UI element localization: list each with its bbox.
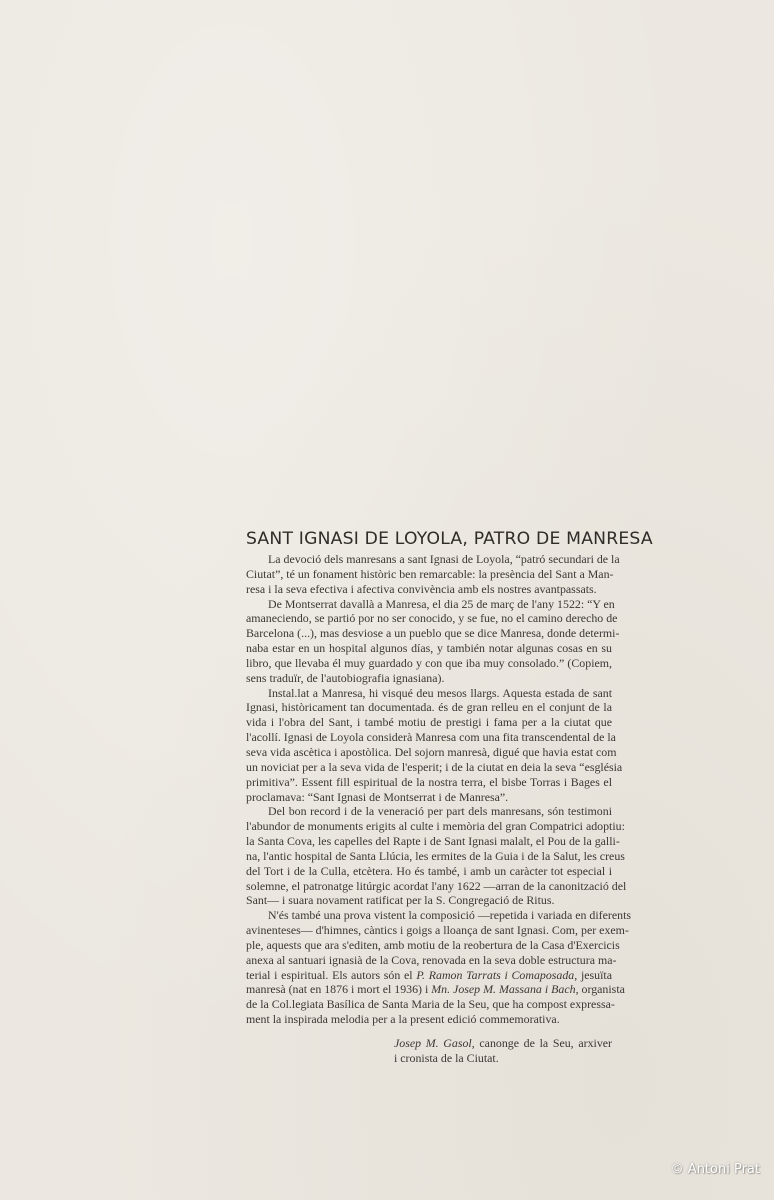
text-line: manresà (nat en 1876 i mort el 1936) i M… — [246, 982, 612, 997]
text-line: La devoció dels manresans a sant Ignasi … — [246, 552, 612, 567]
signature-author: Josep M. Gasol — [394, 1036, 472, 1050]
text-line: avinenteses— d'himnes, càntics i goigs a… — [246, 923, 612, 938]
paragraph: N'és també una prova vistent la composic… — [246, 908, 612, 1027]
paragraph: La devoció dels manresans a sant Ignasi … — [246, 552, 612, 597]
text-line: proclamava: “Sant Ignasi de Montserrat i… — [246, 790, 612, 805]
text-line: libro, que llevaba él muy guardado y con… — [246, 656, 612, 671]
signature-line-1: Josep M. Gasol, canonge de la Seu, arxiv… — [394, 1036, 612, 1051]
text-line: N'és també una prova vistent la composic… — [246, 908, 612, 923]
text-line: amaneciendo, se partió por no ser conoci… — [246, 611, 612, 626]
text-line: na, l'antic hospital de Santa Llúcia, le… — [246, 849, 612, 864]
signature-line-2: i cronista de la Ciutat. — [394, 1051, 612, 1066]
italic-name: P. Ramon Tarrats i Comaposada — [416, 968, 574, 982]
article-body: La devoció dels manresans a sant Ignasi … — [246, 552, 612, 1027]
copyright-watermark: © Antoni Prat — [671, 1162, 760, 1177]
text-line: anexa al santuari ignasià de la Cova, re… — [246, 953, 612, 968]
text-line: naba estar en un hospital algunos días, … — [246, 641, 612, 656]
text-line: ment la inspirada melodia per a la prese… — [246, 1012, 612, 1027]
text-line: la Santa Cova, les capelles del Rapte i … — [246, 834, 612, 849]
text-line: resa i la seva efectiva i afectiva convi… — [246, 582, 612, 597]
text-line: Ciutat”, té un fonament històric ben rem… — [246, 567, 612, 582]
text-line: De Montserrat davallà a Manresa, el dia … — [246, 597, 612, 612]
article: SANT IGNASI DE LOYOLA, PATRO DE MANRESA … — [246, 528, 612, 1066]
italic-name: Mn. Josep M. Massana i Bach — [431, 982, 575, 996]
text-line: Del bon record i de la veneració per par… — [246, 804, 612, 819]
text-line: sens traduïr, de l'autobiografia ignasia… — [246, 671, 612, 686]
paragraph: Del bon record i de la veneració per par… — [246, 804, 612, 908]
text-line: del Tort i de la Culla, etcètera. Ho és … — [246, 864, 612, 879]
text-line: Ignasi, històricament tan documentada. é… — [246, 700, 612, 715]
text-line: un noviciat per a la seva vida de l'espe… — [246, 760, 612, 775]
paragraph: Instal.lat a Manresa, hi visqué deu meso… — [246, 686, 612, 805]
text-line: terial i espiritual. Els autors són el P… — [246, 968, 612, 983]
text-line: ple, aquests que ara s'editen, amb motiu… — [246, 938, 612, 953]
text-line: primitiva”. Essent fill espiritual de la… — [246, 775, 612, 790]
text-line: Instal.lat a Manresa, hi visqué deu meso… — [246, 686, 612, 701]
text-line: solemne, el patronatge litúrgic acordat … — [246, 879, 612, 894]
text-line: Barcelona (...), mas desviose a un puebl… — [246, 626, 612, 641]
text-line: Sant— i suara novament ratificat per la … — [246, 893, 612, 908]
text-line: l'acollí. Ignasi de Loyola considerà Man… — [246, 730, 612, 745]
article-title: SANT IGNASI DE LOYOLA, PATRO DE MANRESA — [246, 528, 612, 550]
text-line: vida i l'obra del Sant, i també motiu de… — [246, 715, 612, 730]
text-line: seva vida ascètica i apostòlica. Del soj… — [246, 745, 612, 760]
text-line: de la Col.legiata Basílica de Santa Mari… — [246, 997, 612, 1012]
paragraph: De Montserrat davallà a Manresa, el dia … — [246, 597, 612, 686]
text-line: l'abundor de monuments erigits al culte … — [246, 819, 612, 834]
signature: Josep M. Gasol, canonge de la Seu, arxiv… — [394, 1036, 612, 1066]
